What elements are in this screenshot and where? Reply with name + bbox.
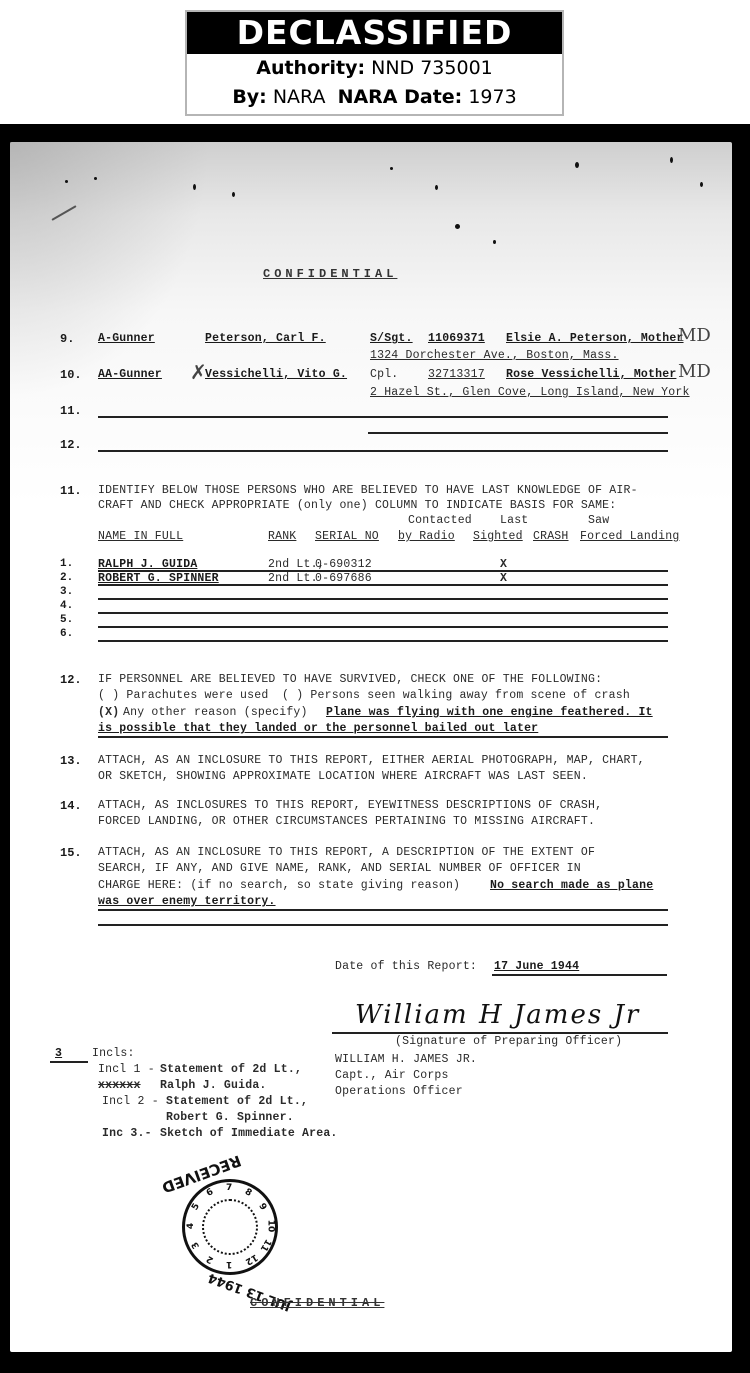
option-other-label: Any other reason (specify) — [123, 706, 308, 719]
row-number: 4. — [60, 600, 73, 612]
crew-rank: Cpl. — [370, 368, 398, 381]
answer-line — [98, 909, 668, 911]
signature-line — [332, 1032, 668, 1034]
survival-reason: is possible that they landed or the pers… — [98, 722, 538, 735]
by-line: By: NARA NARA Date: 1973 — [187, 83, 562, 112]
inclosure-description: Robert G. Spinner. — [166, 1111, 294, 1124]
officer-signature: William H James Jr — [355, 1000, 640, 1030]
report-date: 17 June 1944 — [494, 960, 579, 973]
section-number: 11. — [60, 484, 82, 498]
next-of-kin: Rose Vessichelli, Mother — [506, 368, 676, 381]
struck-out-text: xxxxxx — [98, 1079, 141, 1092]
blank-line — [368, 432, 668, 434]
column-header-serial: SERIAL NO — [315, 530, 379, 543]
search-answer: was over enemy territory. — [98, 895, 276, 908]
table-row-line — [98, 584, 668, 586]
crew-name: Vessichelli, Vito G. — [205, 368, 347, 381]
search-answer: No search made as plane — [490, 879, 653, 892]
row-number: 2. — [60, 572, 73, 584]
next-of-kin-address: 1324 Dorchester Ave., Boston, Mass. — [370, 349, 619, 362]
authority-label: Authority: — [256, 57, 365, 79]
section-number: 15. — [60, 846, 82, 860]
option-other-checkbox: (X) — [98, 706, 119, 719]
column-header-sighted: Sighted — [473, 530, 523, 543]
authority-line: Authority: NND 735001 — [187, 54, 562, 83]
column-header-contacted: by Radio — [398, 530, 455, 543]
section15-text: ATTACH, AS AN INCLOSURE TO THIS REPORT, … — [98, 846, 595, 859]
speck — [232, 192, 235, 197]
declassified-stamp: DECLASSIFIED Authority: NND 735001 By: N… — [185, 10, 564, 116]
declassified-title: DECLASSIFIED — [187, 12, 562, 54]
column-header: Last — [500, 514, 528, 527]
speck — [455, 224, 460, 229]
section-number: 14. — [60, 799, 82, 813]
option-parachutes: ( ) Parachutes were used — [98, 689, 268, 702]
section11-instructions: IDENTIFY BELOW THOSE PERSONS WHO ARE BEL… — [98, 484, 638, 497]
scanned-document: CONFIDENTIAL 9. A-Gunner Peterson, Carl … — [0, 124, 750, 1373]
crew-rank: S/Sgt. — [370, 332, 413, 345]
table-row-line — [98, 626, 668, 628]
crew-name: Peterson, Carl F. — [205, 332, 326, 345]
inclosure-label: Incl 2 - — [102, 1095, 159, 1108]
column-header: Contacted — [408, 514, 472, 527]
blank-line — [98, 416, 668, 418]
officer-rank: Capt., Air Corps — [335, 1069, 449, 1082]
dial-number: 7 — [226, 1183, 232, 1193]
inclosure-description: Statement of 2d Lt., — [166, 1095, 308, 1108]
inclosure-description: Sketch of Immediate Area. — [160, 1127, 338, 1140]
signature-caption: (Signature of Preparing Officer) — [395, 1035, 622, 1048]
report-date-label: Date of this Report: — [335, 960, 477, 973]
speck — [435, 185, 438, 190]
column-header-forced-landing: Forced Landing — [580, 530, 679, 543]
row-number: 6. — [60, 628, 73, 640]
authority-value: NND 735001 — [371, 57, 493, 79]
document-page: CONFIDENTIAL 9. A-Gunner Peterson, Carl … — [10, 142, 732, 1352]
row-number: 10. — [60, 368, 82, 382]
next-of-kin-address: 2 Hazel St., Glen Cove, Long Island, New… — [370, 386, 690, 399]
inclosure-description: Statement of 2d Lt., — [160, 1063, 302, 1076]
classification-top: CONFIDENTIAL — [263, 267, 397, 281]
section15-text: SEARCH, IF ANY, AND GIVE NAME, RANK, AND… — [98, 862, 581, 875]
column-header-name: NAME IN FULL — [98, 530, 183, 543]
column-header-crash: CRASH — [533, 530, 569, 543]
table-row-line — [98, 640, 668, 642]
survival-reason: Plane was flying with one engine feather… — [326, 706, 653, 719]
row-number: 11. — [60, 404, 82, 418]
crew-position: A-Gunner — [98, 332, 155, 345]
row-number: 1. — [60, 558, 73, 570]
nara-date-value: 1973 — [468, 86, 516, 108]
section15-text: CHARGE HERE: (if no search, so state giv… — [98, 879, 460, 892]
speck — [390, 167, 393, 170]
crew-serial: 32713317 — [428, 368, 485, 381]
section12-instructions: IF PERSONNEL ARE BELIEVED TO HAVE SURVIV… — [98, 673, 602, 686]
classification-bottom: CONFIDENTIAL — [250, 1296, 384, 1310]
section13-text: OR SKETCH, SHOWING APPROXIMATE LOCATION … — [98, 770, 588, 783]
next-of-kin: Elsie A. Peterson, Mother — [506, 332, 684, 345]
answer-line — [98, 924, 668, 926]
date-line — [492, 974, 667, 976]
row-number: 12. — [60, 438, 82, 452]
crew-serial: 11069371 — [428, 332, 485, 345]
received-stamp-inner — [202, 1199, 258, 1255]
section13-text: ATTACH, AS AN INCLOSURE TO THIS REPORT, … — [98, 754, 645, 767]
section-number: 13. — [60, 754, 82, 768]
dial-number: 4 — [186, 1223, 196, 1229]
section14-text: ATTACH, AS INCLOSURES TO THIS REPORT, EY… — [98, 799, 602, 812]
count-line — [50, 1061, 88, 1063]
margin-handwritten-mark: MD — [678, 325, 711, 346]
speck — [575, 162, 579, 168]
speck — [193, 184, 196, 190]
speck — [65, 180, 68, 183]
officer-title: Operations Officer — [335, 1085, 463, 1098]
answer-line — [98, 736, 668, 738]
column-header: Saw — [588, 514, 609, 527]
row-number: 9. — [60, 332, 74, 346]
section14-text: FORCED LANDING, OR OTHER CIRCUMSTANCES P… — [98, 815, 595, 828]
inclosures-label: Incls: — [92, 1047, 135, 1060]
margin-handwritten-mark: MD — [678, 361, 711, 382]
blank-line — [98, 450, 668, 452]
dial-number: 10 — [265, 1220, 275, 1233]
crew-position: AA-Gunner — [98, 368, 162, 381]
nara-date-label: NARA Date: — [338, 86, 463, 108]
row-number: 5. — [60, 614, 73, 626]
section11-instructions: CRAFT AND CHECK APPROPRIATE (only one) C… — [98, 499, 616, 512]
speck — [670, 157, 673, 163]
dial-number: 1 — [226, 1259, 232, 1269]
by-label: By: — [232, 86, 266, 108]
table-row-line — [98, 612, 668, 614]
table-row-line — [98, 598, 668, 600]
inclosure-label: Inc 3.- — [102, 1127, 152, 1140]
speck — [700, 182, 703, 187]
officer-name: WILLIAM H. JAMES JR. — [335, 1053, 477, 1066]
speck — [493, 240, 496, 244]
scratch — [51, 205, 76, 221]
section-number: 12. — [60, 673, 82, 687]
inclosure-count: 3 — [55, 1047, 62, 1060]
column-header-rank: RANK — [268, 530, 296, 543]
inclosure-label: Incl 1 - — [98, 1063, 155, 1076]
inclosure-description: Ralph J. Guida. — [160, 1079, 267, 1092]
option-walking-away: ( ) Persons seen walking away from scene… — [282, 689, 630, 702]
by-value: NARA — [273, 86, 326, 108]
row-number: 3. — [60, 586, 73, 598]
speck — [94, 177, 97, 180]
